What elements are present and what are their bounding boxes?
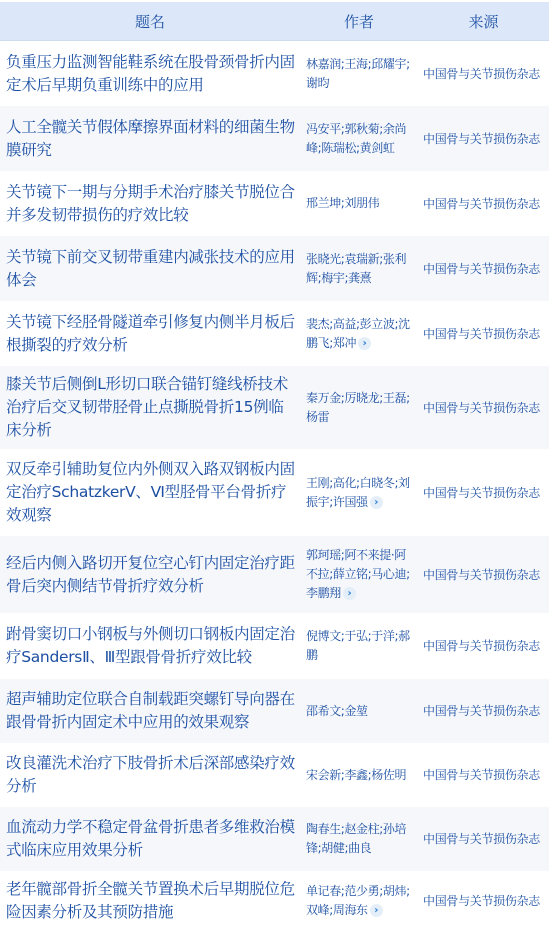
article-title-link[interactable]: 超声辅助定位联合自制载距突螺钉导向器在跟骨骨折内固定术中应用的效果观察 — [0, 688, 300, 734]
table-row: 改良灌洗术治疗下肢骨折术后深部感染疗效分析 宋会新;李鑫;杨佐明 中国骨与关节损… — [0, 743, 549, 807]
article-authors: 王刚;高化;白晓冬;刘振宇;许国强› — [300, 474, 418, 512]
authors-text[interactable]: 宋会新;李鑫;杨佐明 — [306, 768, 406, 782]
article-authors: 张晓光;袁瑞新;张利辉;梅宇;龚熹 — [300, 250, 418, 288]
article-title-link[interactable]: 关节镜下前交叉韧带重建内减张技术的应用体会 — [0, 246, 300, 292]
article-authors: 单记春;范少勇;胡炜;双峰;周海东› — [300, 882, 418, 920]
article-authors: 陶春生;赵金柱;孙培锋;胡健;曲良 — [300, 820, 418, 858]
article-source-link[interactable]: 中国骨与关节损伤杂志 — [418, 194, 549, 214]
expand-authors-icon[interactable]: › — [358, 337, 371, 350]
article-title-link[interactable]: 关节镜下经胫骨隧道牵引修复内侧半月板后根撕裂的疗效分析 — [0, 311, 300, 357]
article-source-link[interactable]: 中国骨与关节损伤杂志 — [418, 129, 549, 149]
article-authors: 倪博文;于弘;于洋;郝鹏 — [300, 627, 418, 665]
table-row: 负重压力监测智能鞋系统在股骨颈骨折内固定术后早期负重训练中的应用 林嘉润;王海;… — [0, 41, 549, 106]
article-title-link[interactable]: 经后内侧入路切开复位空心钉内固定治疗距骨后突内侧结节骨折疗效分析 — [0, 552, 300, 598]
article-authors: 林嘉润;王海;邱耀宇;谢昀 — [300, 55, 418, 93]
article-source-link[interactable]: 中国骨与关节损伤杂志 — [418, 765, 549, 785]
article-source-link[interactable]: 中国骨与关节损伤杂志 — [418, 259, 549, 279]
results-table: 题名 作者 来源 负重压力监测智能鞋系统在股骨颈骨折内固定术后早期负重训练中的应… — [0, 0, 549, 925]
article-title-link[interactable]: 负重压力监测智能鞋系统在股骨颈骨折内固定术后早期负重训练中的应用 — [0, 51, 300, 97]
article-source-link[interactable]: 中国骨与关节损伤杂志 — [418, 324, 549, 344]
article-authors: 邵希文;金堃 — [300, 702, 418, 721]
article-authors: 冯安平;郭秋菊;余尚峰;陈瑞松;黄剑虹 — [300, 120, 418, 158]
article-source-link[interactable]: 中国骨与关节损伤杂志 — [418, 483, 549, 503]
article-source-link[interactable]: 中国骨与关节损伤杂志 — [418, 636, 549, 656]
authors-text[interactable]: 邵希文;金堃 — [306, 704, 368, 718]
table-row: 老年髋部骨折全髋关节置换术后早期脱位危险因素分析及其预防措施 单记春;范少勇;胡… — [0, 871, 549, 925]
article-source-link[interactable]: 中国骨与关节损伤杂志 — [418, 565, 549, 585]
article-title-link[interactable]: 老年髋部骨折全髋关节置换术后早期脱位危险因素分析及其预防措施 — [0, 878, 300, 924]
article-title-link[interactable]: 双反牵引辅助复位内外侧双入路双钢板内固定治疗SchatzkerⅤ、Ⅵ型胫骨平台骨… — [0, 458, 300, 527]
article-authors: 郭珂瑶;阿不来提·阿不拉;薛立铭;马心迪;李鹏翔› — [300, 546, 418, 603]
table-row: 人工全髋关节假体摩擦界面材料的细菌生物膜研究 冯安平;郭秋菊;余尚峰;陈瑞松;黄… — [0, 106, 549, 171]
expand-authors-icon[interactable]: › — [343, 587, 356, 600]
article-source-link[interactable]: 中国骨与关节损伤杂志 — [418, 829, 549, 849]
authors-text[interactable]: 单记春;范少勇;胡炜;双峰;周海东 — [306, 884, 410, 917]
authors-text[interactable]: 陶春生;赵金柱;孙培锋;胡健;曲良 — [306, 822, 406, 855]
article-authors: 宋会新;李鑫;杨佐明 — [300, 766, 418, 785]
article-title-link[interactable]: 血流动力学不稳定骨盆骨折患者多维救治模式临床应用效果分析 — [0, 816, 300, 862]
column-header-title[interactable]: 题名 — [0, 11, 300, 32]
table-row: 经后内侧入路切开复位空心钉内固定治疗距骨后突内侧结节骨折疗效分析 郭珂瑶;阿不来… — [0, 536, 549, 613]
authors-text[interactable]: 邢兰坤;刘朋伟 — [306, 196, 379, 210]
column-header-source[interactable]: 来源 — [418, 11, 549, 32]
table-row: 双反牵引辅助复位内外侧双入路双钢板内固定治疗SchatzkerⅤ、Ⅵ型胫骨平台骨… — [0, 449, 549, 536]
table-row: 关节镜下前交叉韧带重建内减张技术的应用体会 张晓光;袁瑞新;张利辉;梅宇;龚熹 … — [0, 236, 549, 301]
article-authors: 邢兰坤;刘朋伟 — [300, 194, 418, 213]
authors-text[interactable]: 王刚;高化;白晓冬;刘振宇;许国强 — [306, 476, 410, 509]
table-row: 关节镜下经胫骨隧道牵引修复内侧半月板后根撕裂的疗效分析 裴杰;高益;彭立波;沈鹏… — [0, 301, 549, 366]
article-authors: 秦万金;厉晓龙;王磊;杨雷 — [300, 389, 418, 427]
article-title-link[interactable]: 跗骨窦切口小钢板与外侧切口钢板内固定治疗SandersⅡ、Ⅲ型跟骨骨折疗效比较 — [0, 623, 300, 669]
authors-text[interactable]: 郭珂瑶;阿不来提·阿不拉;薛立铭;马心迪;李鹏翔 — [306, 548, 410, 600]
table-row: 关节镜下一期与分期手术治疗膝关节脱位合并多发韧带损伤的疗效比较 邢兰坤;刘朋伟 … — [0, 171, 549, 236]
authors-text[interactable]: 林嘉润;王海;邱耀宇;谢昀 — [306, 57, 410, 90]
article-title-link[interactable]: 关节镜下一期与分期手术治疗膝关节脱位合并多发韧带损伤的疗效比较 — [0, 181, 300, 227]
table-row: 跗骨窦切口小钢板与外侧切口钢板内固定治疗SandersⅡ、Ⅲ型跟骨骨折疗效比较 … — [0, 613, 549, 679]
article-title-link[interactable]: 改良灌洗术治疗下肢骨折术后深部感染疗效分析 — [0, 752, 300, 798]
article-source-link[interactable]: 中国骨与关节损伤杂志 — [418, 701, 549, 721]
authors-text[interactable]: 倪博文;于弘;于洋;郝鹏 — [306, 629, 410, 662]
authors-text[interactable]: 冯安平;郭秋菊;余尚峰;陈瑞松;黄剑虹 — [306, 122, 406, 155]
article-title-link[interactable]: 膝关节后侧倒L形切口联合锚钉缝线桥技术治疗后交叉韧带胫骨止点撕脱骨折15例临床分… — [0, 373, 300, 442]
article-title-link[interactable]: 人工全髋关节假体摩擦界面材料的细菌生物膜研究 — [0, 116, 300, 162]
table-header: 题名 作者 来源 — [0, 2, 549, 41]
expand-authors-icon[interactable]: › — [370, 496, 383, 509]
article-source-link[interactable]: 中国骨与关节损伤杂志 — [418, 398, 549, 418]
expand-authors-icon[interactable]: › — [370, 904, 383, 917]
article-source-link[interactable]: 中国骨与关节损伤杂志 — [418, 64, 549, 84]
table-row: 血流动力学不稳定骨盆骨折患者多维救治模式临床应用效果分析 陶春生;赵金柱;孙培锋… — [0, 807, 549, 871]
article-authors: 裴杰;高益;彭立波;沈鹏飞;郑冲› — [300, 315, 418, 353]
column-header-author[interactable]: 作者 — [300, 11, 418, 32]
authors-text[interactable]: 张晓光;袁瑞新;张利辉;梅宇;龚熹 — [306, 252, 406, 285]
authors-text[interactable]: 秦万金;厉晓龙;王磊;杨雷 — [306, 391, 410, 424]
table-row: 超声辅助定位联合自制载距突螺钉导向器在跟骨骨折内固定术中应用的效果观察 邵希文;… — [0, 679, 549, 743]
article-source-link[interactable]: 中国骨与关节损伤杂志 — [418, 891, 549, 911]
table-row: 膝关节后侧倒L形切口联合锚钉缝线桥技术治疗后交叉韧带胫骨止点撕脱骨折15例临床分… — [0, 366, 549, 449]
